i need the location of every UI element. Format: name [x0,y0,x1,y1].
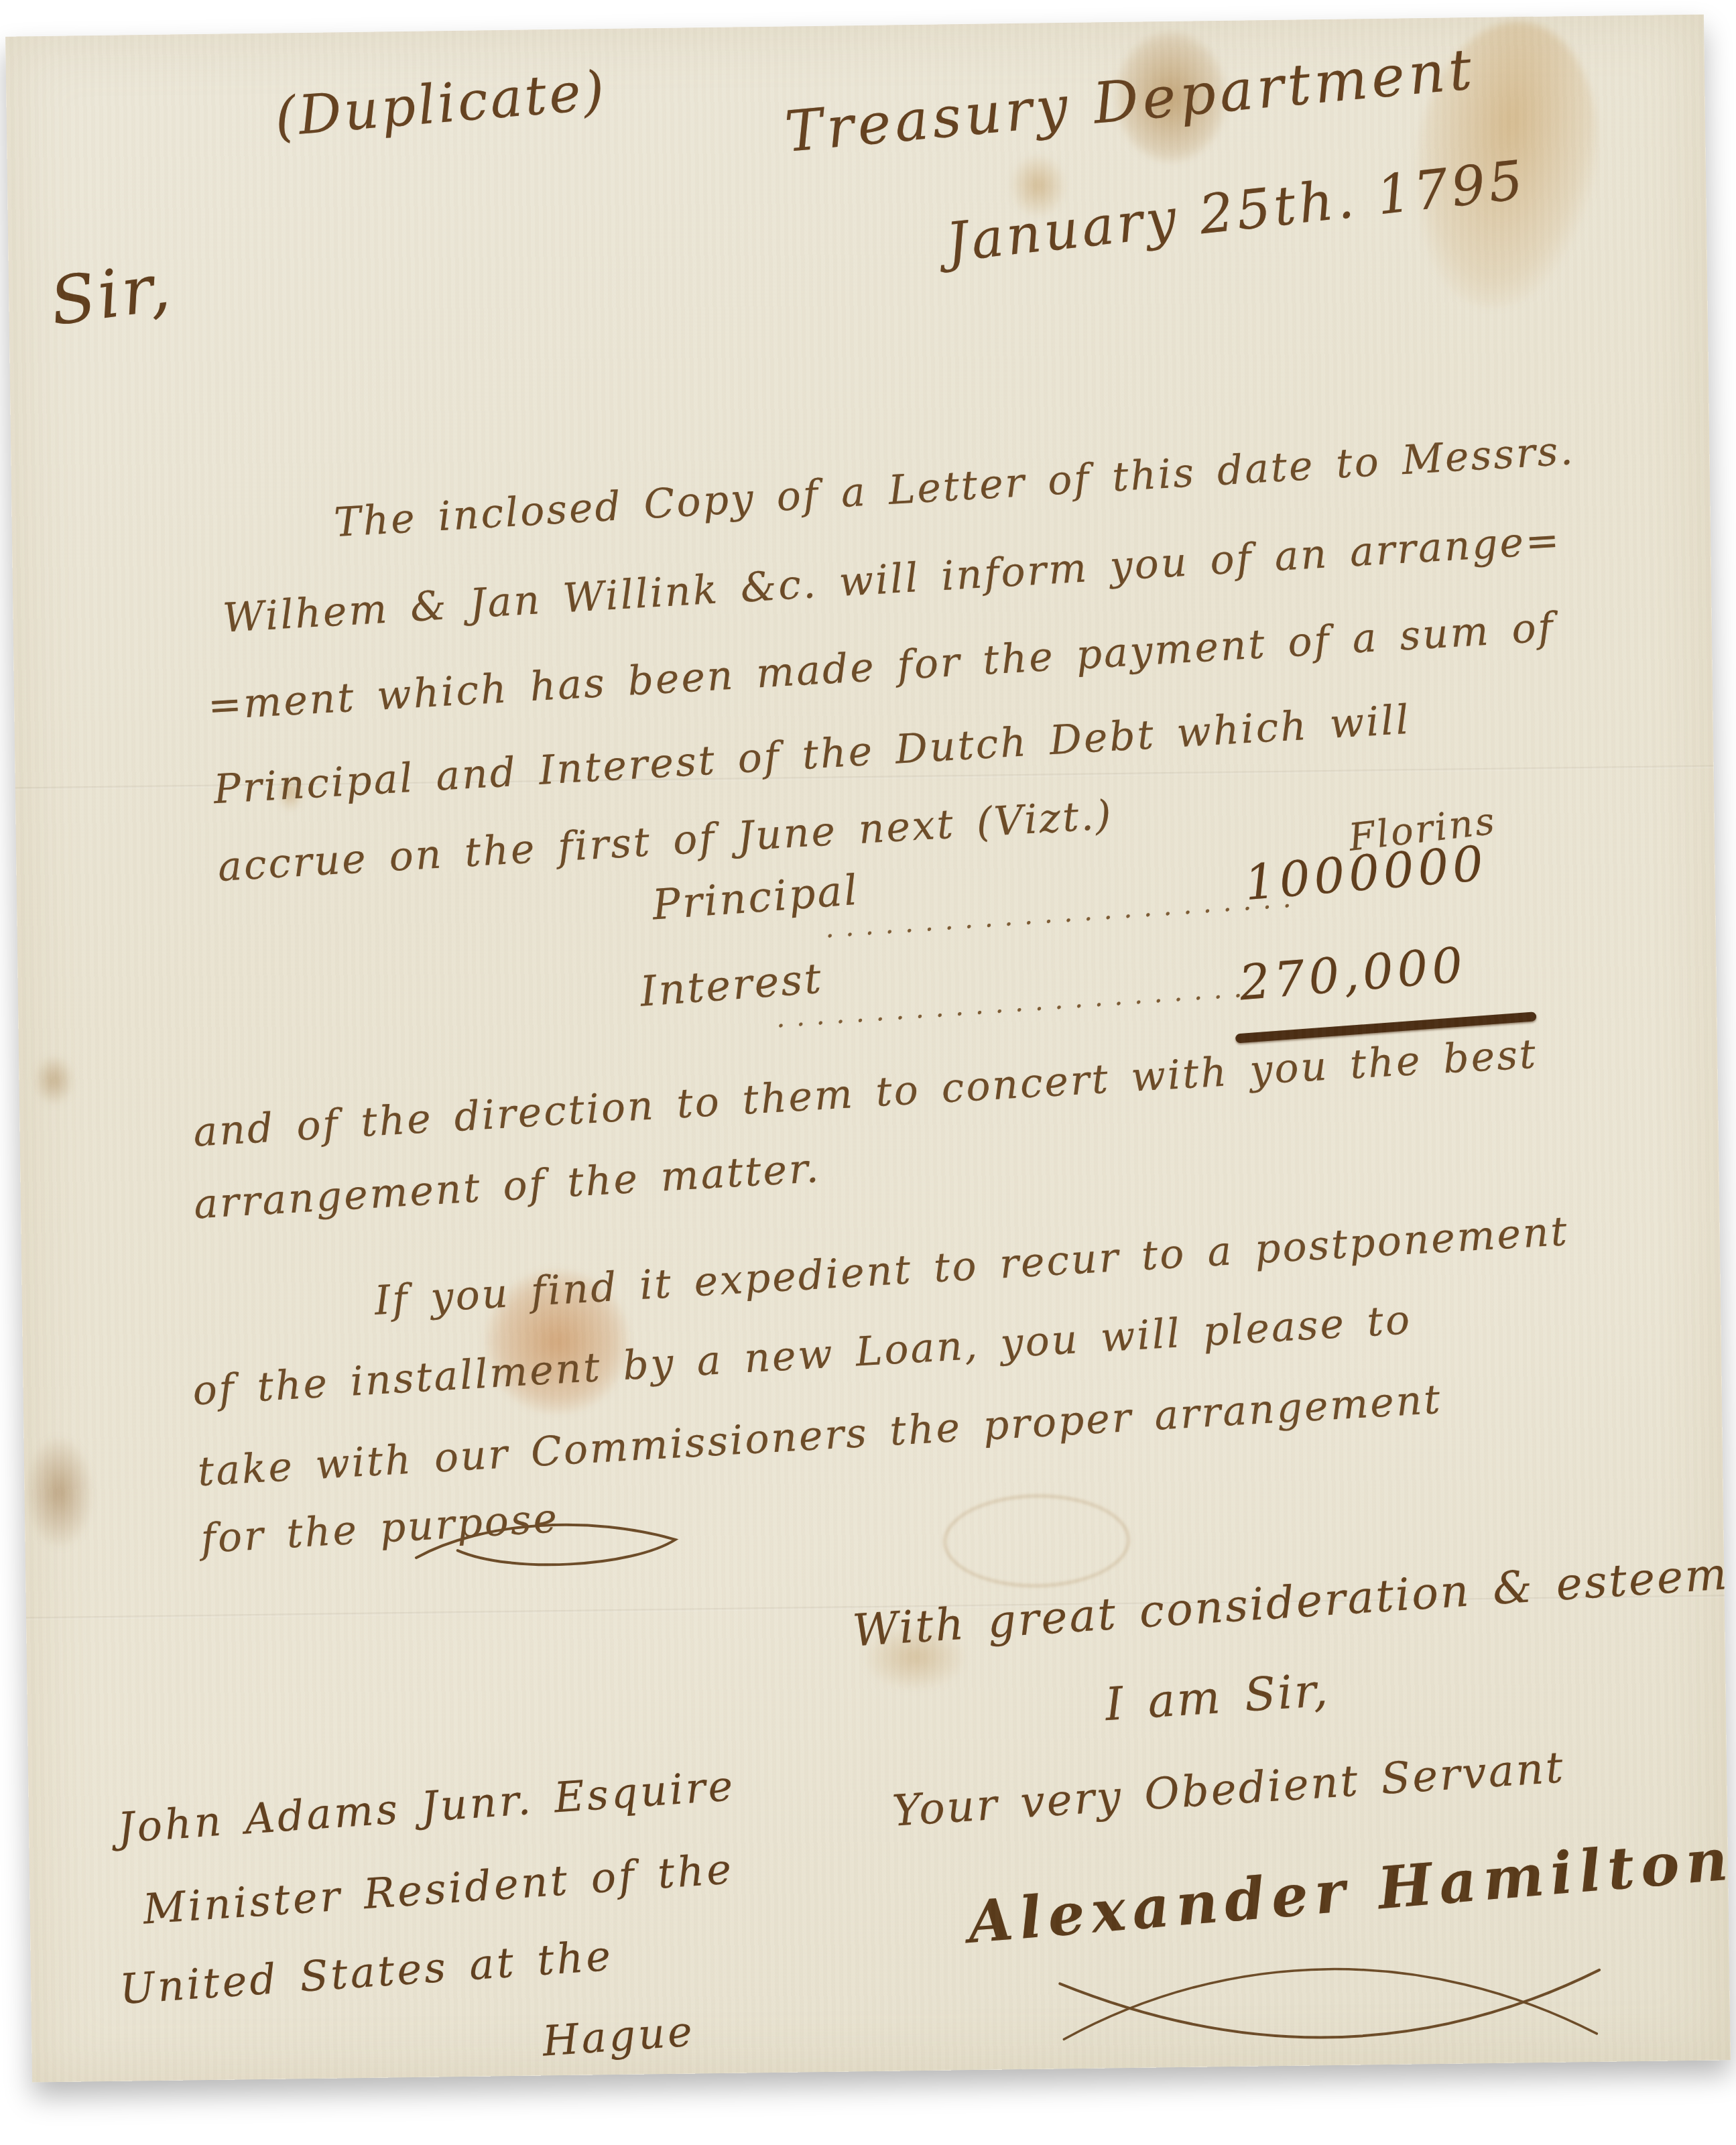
paragraph-end-flourish [410,1513,692,1580]
stain-left-edge [25,1436,93,1548]
letter-date: January 25th. 1795 [943,149,1529,274]
signature-flourish [1050,1953,1614,2061]
salutation: Sir, [46,249,176,341]
letter-photo: { "letter": { "annotation": "(Duplicate)… [0,0,1736,2145]
interest-leader-dots: ........................ [775,972,1254,1034]
interest-amount: 270,000 [1237,936,1469,1012]
paragraph2-line-1: and of the direction to them to concert … [192,1030,1539,1156]
recipient-line-1: John Adams Junr. Esquire [116,1761,737,1852]
department-heading: Treasury Department [782,36,1478,165]
recipient-line-4: Hague [541,2006,696,2065]
closing-i-am-sir: I am Sir, [1104,1664,1332,1731]
stain-left-small [34,1055,74,1106]
signature-alexander-hamilton: Alexander Hamilton [965,1825,1736,1957]
duplicate-annotation: (Duplicate) [273,59,609,149]
principal-amount: 1000000 [1243,835,1489,911]
recipient-line-3: United States at the [118,1931,615,2014]
paragraph2-line-2: arrangement of the matter. [192,1145,821,1229]
paragraph1-line-5: accrue on the first of June next (Vizt.) [216,792,1114,891]
principal-leader-dots: ........................ [824,882,1304,944]
stain-ring [943,1493,1131,1589]
recipient-line-2: Minister Resident of the [141,1844,735,1934]
closing-obedient-servant: Your very Obedient Servant [891,1743,1566,1837]
manuscript-paper: (Duplicate) Treasury Department January … [5,15,1731,2083]
